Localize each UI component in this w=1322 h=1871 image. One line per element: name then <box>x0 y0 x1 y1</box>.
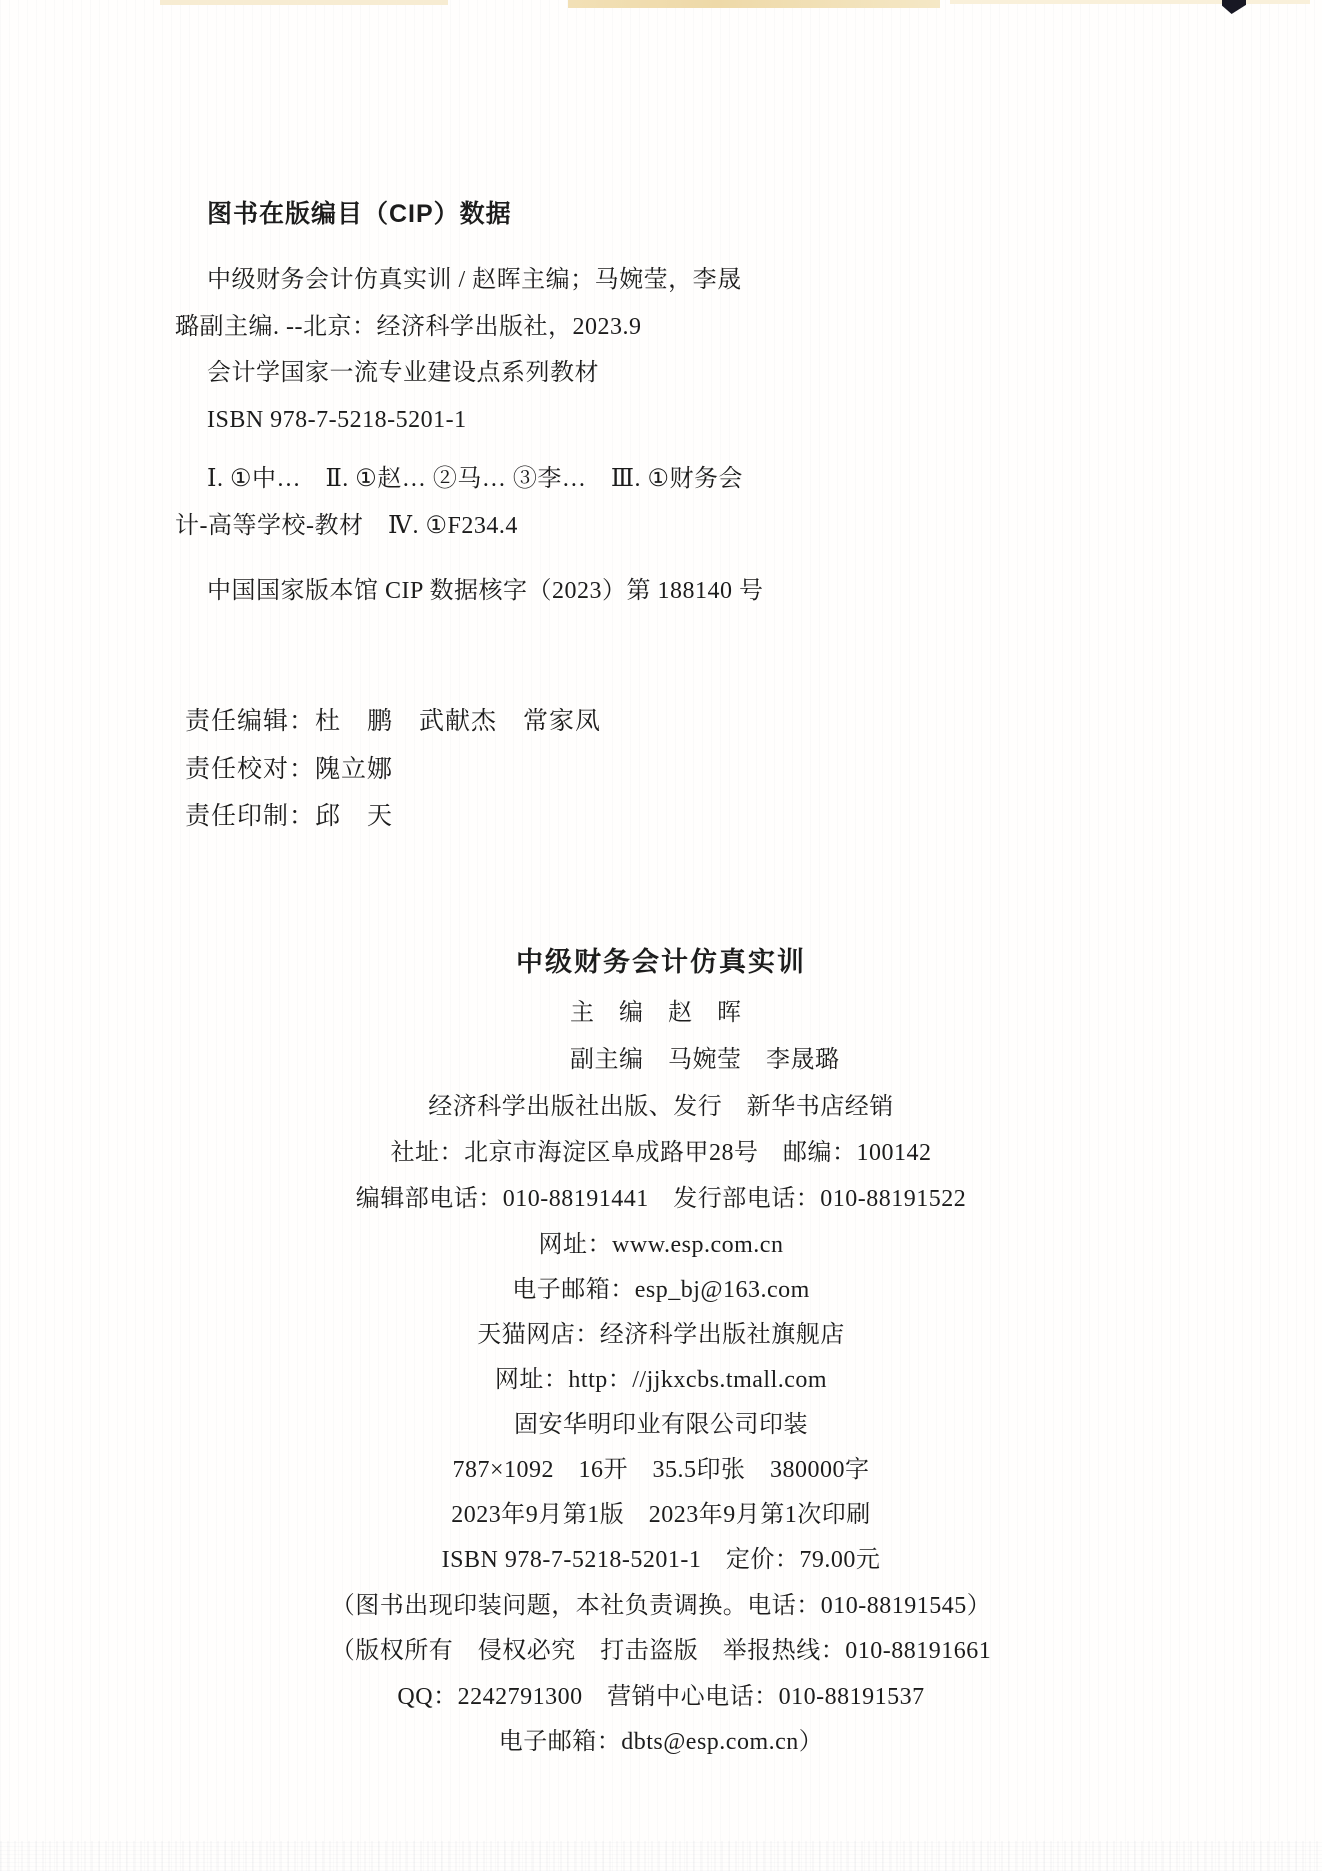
cip-series-note: 会计学国家一流专业建设点系列教材 <box>207 358 599 389</box>
chief-editor-line: 主 编 赵 晖 <box>570 992 742 1027</box>
deputy-editors-line: 副主编 马婉莹 李晟璐 <box>570 1039 840 1074</box>
responsible-editor-line: 责任编辑：杜 鹏 武献杰 常家凤 <box>185 706 601 739</box>
cip-record-number-line: 中国国家版本馆 CIP 数据核字（2023）第 188140 号 <box>207 576 763 607</box>
publisher-website-line: 网址：www.esp.com.cn <box>0 1224 1322 1259</box>
tmall-url-line: 网址：http：//jjkxcbs.tmall.com <box>0 1359 1322 1394</box>
scan-artifact-corner-mark <box>1222 0 1246 14</box>
report-email-line: 电子邮箱：dbts@esp.com.cn） <box>0 1721 1322 1756</box>
edition-printing-line: 2023年9月第1版 2023年9月第1次印刷 <box>0 1494 1322 1529</box>
book-copyright-page: 图书在版编目（CIP）数据 中级财务会计仿真实训 / 赵晖主编；马婉莹，李晟 璐… <box>0 0 1322 1871</box>
tmall-store-line: 天猫网店：经济科学出版社旗舰店 <box>0 1314 1322 1349</box>
publisher-email-line: 电子邮箱：esp_bj@163.com <box>0 1269 1322 1304</box>
cip-bibliographic-line-1: 中级财务会计仿真实训 / 赵晖主编；马婉莹，李晟 <box>207 265 742 296</box>
department-phones-line: 编辑部电话：010-88191441 发行部电话：010-88191522 <box>0 1178 1322 1213</box>
scan-artifact-bottom-edge <box>0 1841 1322 1871</box>
printing-company-line: 固安华明印业有限公司印装 <box>0 1404 1322 1439</box>
replacement-notice-line: （图书出现印装问题，本社负责调换。电话：010-88191545） <box>0 1585 1322 1620</box>
cip-header: 图书在版编目（CIP）数据 <box>207 198 512 231</box>
scan-artifact-strip-left <box>160 0 448 5</box>
isbn-price-line: ISBN 978-7-5218-5201-1 定价：79.00元 <box>0 1539 1322 1574</box>
scan-artifact-strip-center <box>568 0 940 8</box>
publisher-address-line: 社址：北京市海淀区阜成路甲28号 邮编：100142 <box>0 1132 1322 1167</box>
qq-marketing-phone-line: QQ：2242791300 营销中心电话：010-88191537 <box>0 1676 1322 1711</box>
cip-classification-line-2: 计-高等学校-教材 Ⅳ. ①F234.4 <box>175 511 518 542</box>
responsible-printer-line: 责任印制：邱 天 <box>185 801 393 834</box>
cip-classification-line-1: Ⅰ. ①中… Ⅱ. ①赵… ②马… ③李… Ⅲ. ①财务会 <box>207 464 743 495</box>
cip-bibliographic-line-2: 璐副主编. --北京：经济科学出版社，2023.9 <box>175 312 641 343</box>
responsible-proofreader-line: 责任校对：隗立娜 <box>185 754 393 787</box>
copyright-notice-line: （版权所有 侵权必究 打击盗版 举报热线：010-88191661 <box>0 1630 1322 1665</box>
cip-isbn-line: ISBN 978-7-5218-5201-1 <box>207 405 467 436</box>
scan-artifact-strip-right <box>950 0 1310 4</box>
format-spec-line: 787×1092 16开 35.5印张 380000字 <box>0 1449 1322 1484</box>
publisher-distribution-line: 经济科学出版社出版、发行 新华书店经销 <box>0 1086 1322 1121</box>
book-title: 中级财务会计仿真实训 <box>0 940 1322 979</box>
